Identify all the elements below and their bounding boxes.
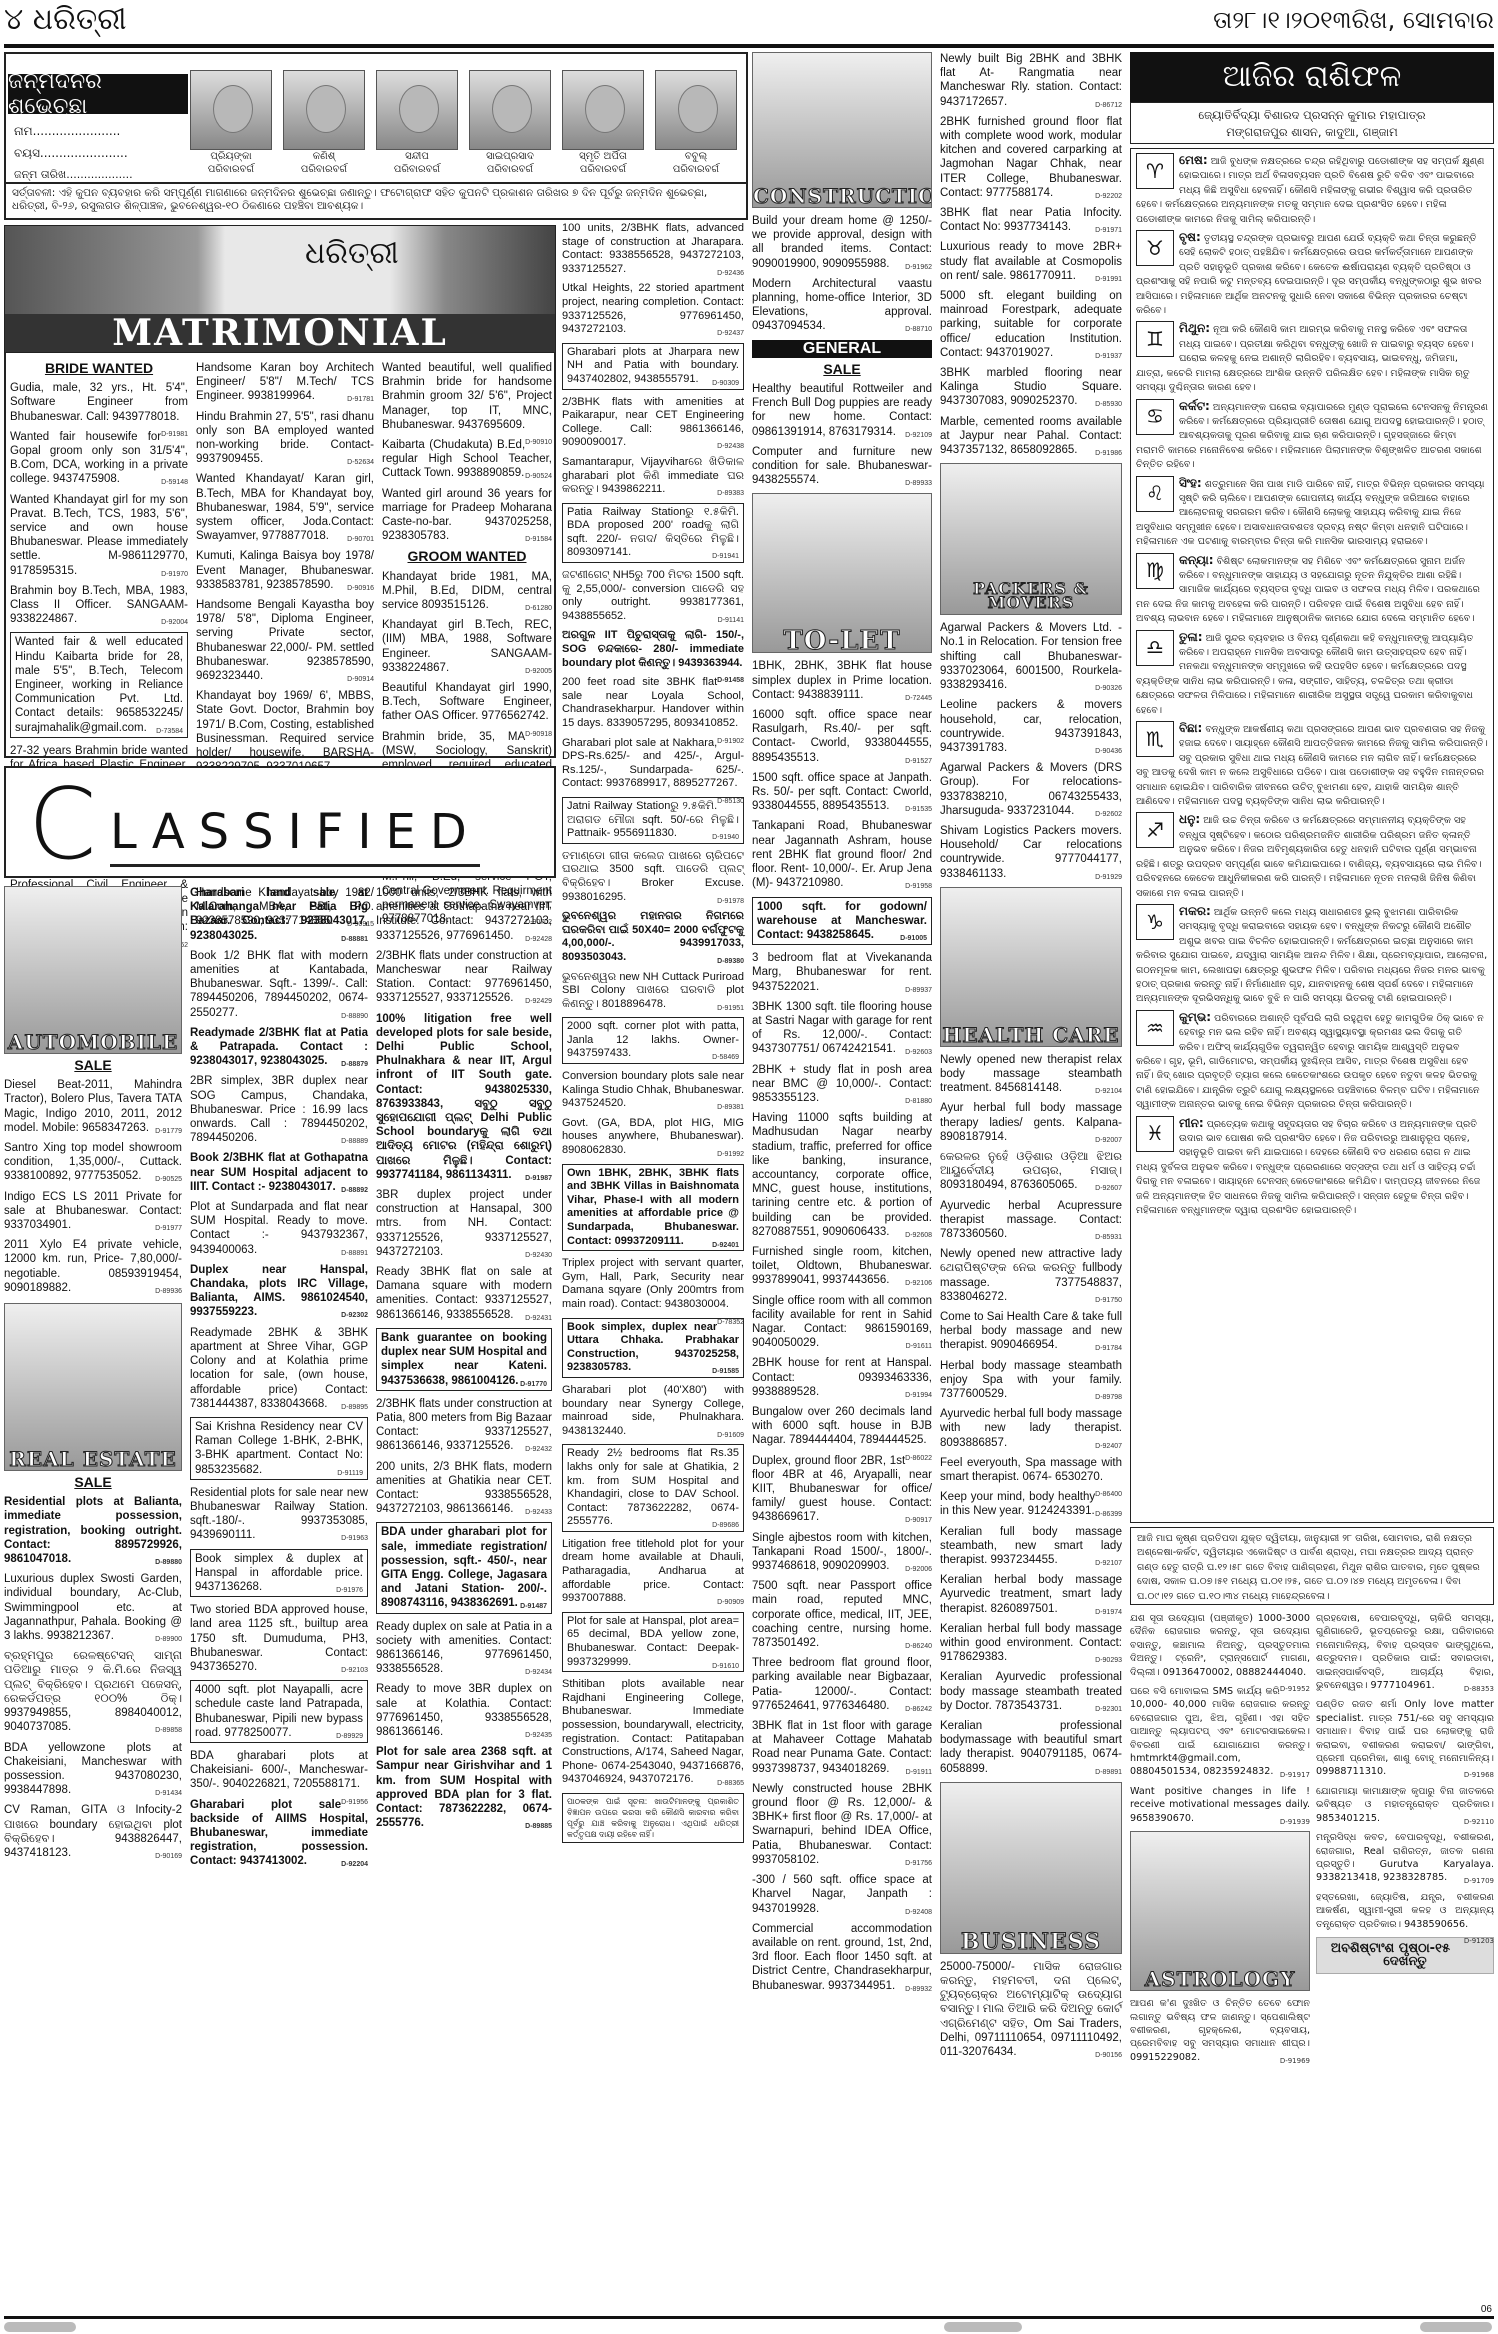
classified-ad: 3 bedroom flat at Vivekananda Marg, Bhub…: [752, 951, 932, 994]
classified-ad: Feel everyouth, Spa massage with smart t…: [940, 1456, 1122, 1484]
ad-code: D-92301: [1095, 1703, 1122, 1717]
ad-code: D-92401: [712, 1239, 739, 1253]
classified-ad: Santro Xing top model showroom condition…: [4, 1141, 182, 1184]
classified-ad: Leoline packers & movers household, car,…: [940, 698, 1122, 755]
birthday-title: ଜନ୍ମଦିନର ଶୁଭେଚ୍ଛା: [8, 74, 188, 114]
ad-code: D-92103: [341, 1664, 368, 1678]
classified-ad: 3BHK 1300 sqft. tile flooring house at S…: [752, 1000, 932, 1057]
packers-label: PACKERS & MOVERS: [941, 582, 1121, 610]
ad-code: D-89895: [341, 1401, 368, 1415]
classified-ad: Wanted Khandayat girl for my son Pravat.…: [10, 493, 188, 578]
ad-code: D-86400: [1095, 1488, 1122, 1502]
ad-code: D-91929: [1095, 871, 1122, 885]
ad-code: D-91969: [1280, 2055, 1310, 2068]
ad-text: Bungalow over 260 decimals land with 600…: [752, 1406, 932, 1446]
ad-code: D-92202: [1095, 190, 1122, 204]
child-photo: [190, 70, 272, 150]
ad-code: D-90524: [525, 470, 552, 484]
ad-text: BDA under gharabari plot for sale, immed…: [381, 1526, 547, 1609]
ad-code: D-92438: [717, 440, 744, 454]
ad-code: D-91987: [525, 1172, 552, 1186]
classified-col-1: AUTOMOBILE SALE Diesel Beat-2011, Mahind…: [4, 886, 182, 1866]
packers-movers-image: PACKERS & MOVERS: [940, 463, 1122, 615]
ad-code: D-92007: [1095, 1134, 1122, 1148]
ad-code: D-91956: [341, 1796, 368, 1810]
ad-code: D-92109: [905, 429, 932, 443]
ad-text: Wanted Khandayat/ Karan girl, B.Tech, MB…: [196, 473, 374, 542]
ad-code: D-92434: [525, 1666, 552, 1680]
sign-name: ବୃଷ:: [1179, 230, 1201, 244]
classified-ad: Utkal Heights, 22 storied apartment proj…: [562, 282, 744, 336]
ad-code: D-92429: [525, 995, 552, 1009]
classified-ad: 200 feet road site 3BHK flat sale near L…: [562, 676, 744, 730]
classified-ad: 2000 sqft. corner plot with patta, Janla…: [562, 1017, 744, 1064]
matrimonial-section: BRIDE WANTED Gudia, male, 32 yrs., Ht. 5…: [4, 353, 556, 758]
sign-name: ମକର:: [1179, 904, 1211, 918]
rashi-sign: ♑ମକର: ଆର୍ଥିକ ଉନ୍ନତି କଲେ ମଧ୍ୟ ସାଧାରଣତଃ ଭୁ…: [1136, 904, 1488, 1007]
ad-code: D-90918: [525, 728, 552, 742]
birthday-photos: ପ୍ରିୟଙ୍କାପରିବାରବର୍ଗ କଣିଶ୍ପରିବାରବର୍ଗ ସନ୍ଦ…: [190, 70, 737, 176]
ad-code: D-92407: [1095, 1440, 1122, 1454]
sign-prediction: ପରିବାରରେ ଅଶାନ୍ତି ପୂର୍ବପରି ଲାଗି ରହୁଥିବା ହ…: [1136, 1013, 1484, 1110]
ad-code: D-91911: [906, 1766, 932, 1780]
classified-ad: Wanted fair & well educated Hindu Kaibar…: [10, 632, 188, 737]
col-6-ads: Newly built Big 2BHK and 3BHK flat At- R…: [940, 52, 1122, 2065]
classified-ad: Kumuti, Kalinga Baisya boy 1978/ Event M…: [196, 549, 374, 592]
rashi-sign: ♎ତୁଳା: ଆଜି ସୁନ୍ଦର ବ୍ୟବହାର ଓ ବିନୟ ପୂର୍ଣ୍ଣ…: [1136, 630, 1488, 718]
bull-icon: ♉: [1136, 230, 1174, 266]
classified-ad: -300 / 560 sqft. office space at Kharvel…: [752, 1873, 932, 1916]
sign-name: ଧନୁ:: [1179, 812, 1200, 826]
ad-code: D-92607: [1095, 1182, 1122, 1196]
ad-code: D-86399: [1095, 1508, 1122, 1522]
classified-ad: Gharabari plot (40'X80') with boundary n…: [562, 1384, 744, 1438]
classified-ad: ଗ୍ରହଦୋଷ, ବେପାରବୃଦ୍ଧି, ଚାକିରି ସମସ୍ୟା, ଗୁଣ…: [1316, 1612, 1494, 1692]
classified-ad: Agarwal Packers & Movers Ltd. - No.1 in …: [940, 621, 1122, 692]
classified-ad: ଆପଣ କ'ଣ ଦୁଃଖିତ ଓ ଚିନ୍ତିତ ତେବେ ଫୋନ ଲଗାନ୍ତ…: [1130, 1997, 1310, 2064]
ad-text: Own 1BHK, 2BHK, 3BHK flats and 3BHK Vill…: [567, 1167, 739, 1247]
classified-ad: Book 2/3BHK flat at Gothapatna near SUM …: [190, 1151, 368, 1194]
real-estate-sale-heading: SALE: [4, 1475, 182, 1489]
ad-code: D-92603: [905, 1046, 932, 1060]
classified-col-3: 1000 units, 2/3BHK flats, with amenities…: [376, 886, 552, 1836]
classified-underline: [110, 864, 480, 867]
ad-text: Readymade 2BHK & 3BHK apartment at Shree…: [190, 1327, 368, 1410]
ad-code: D-91962: [905, 261, 932, 275]
classified-ad: Newly opened new therapist relax body ma…: [940, 1053, 1122, 1096]
ad-code: D-89891: [1095, 1766, 1122, 1780]
classified-ad: Ready 3BHK flat on sale at Damana square…: [376, 1265, 552, 1322]
ad-text: 3BR duplex project under construction at…: [376, 1189, 552, 1258]
classified-ad: Come to Sai Health Care & take full herb…: [940, 1310, 1122, 1353]
classified-ad: Indigo ECS LS 2011 Private for sale at B…: [4, 1190, 182, 1233]
ad-text: Agarwal Packers & Movers Ltd. - No.1 in …: [940, 622, 1122, 691]
ad-text: ଯଶ ସୂତା ଉଦ୍ୟୋଗ (ପଞ୍ଜୀକୃତ) 1000-3000 ଦୈନି…: [1130, 1613, 1310, 1678]
ad-text: ଅରଗୁଳ IIT ପିଚୁରାସ୍ତାକୁ ଲାଗି- 150/-, SOG …: [562, 629, 744, 668]
classified-ad: Jatni Railway Stationରୁ ୨.୫କିମି. ଅରାଗଡ ମ…: [562, 797, 744, 844]
scales-icon: ♎: [1136, 630, 1174, 666]
classified-ad: 4000 sqft. plot Nayapalli, acre schedule…: [190, 1680, 368, 1743]
ad-code: D-92432: [525, 1443, 552, 1457]
photo-family: ପରିବାରବର୍ଗ: [469, 163, 551, 176]
birthday-photo: ପ୍ରିୟଙ୍କାପରିବାରବର୍ଗ: [190, 70, 272, 176]
ad-code: D-88710: [905, 323, 932, 337]
rashi-sign: ♒କୁମ୍ଭ: ପରିବାରରେ ଅଶାନ୍ତି ପୂର୍ବପରି ଲାଗି ର…: [1136, 1010, 1488, 1113]
ad-code: D-92608: [905, 1229, 932, 1243]
ad-code: D-91005: [900, 932, 927, 946]
ad-text: 2BHK furnished ground floor flat with co…: [940, 116, 1122, 199]
ad-text: Having 11000 sqfts building at Madhusuda…: [752, 1112, 932, 1238]
classified-ad: 100% litigation free well developed plot…: [376, 1012, 552, 1182]
goat-icon: ♑: [1136, 904, 1174, 940]
classified-ad: Gharabari plots at Jharpara new NH and P…: [562, 343, 744, 390]
classified-ad: Ready to move 3BR duplex on sale at Kola…: [376, 1682, 552, 1739]
ad-text: Luxurious duplex Swosti Garden, individu…: [4, 1573, 182, 1642]
sign-prediction: ଆଜି ଉଚ୍ଚ ଚିନ୍ତା କରିବେ ଓ କର୍ମକ୍ଷେତ୍ରରେ ସମ…: [1136, 815, 1482, 898]
sign-name: ମେଷ:: [1179, 153, 1208, 167]
classified-ad: 2/3BHK flats with amenities at Paikarapu…: [562, 396, 744, 450]
footer-pill: [1420, 2322, 1492, 2332]
ad-text: Triplex project with servant quarter, Gy…: [562, 1257, 744, 1310]
ad-code: D-81880: [905, 1095, 932, 1109]
photo-family: ପରିବାରବର୍ଗ: [190, 163, 272, 176]
ad-code: D-91978: [717, 895, 744, 909]
classified-ad: Ready 2½ bedrooms flat Rs.35 lakhs only …: [562, 1444, 744, 1532]
photo-name: କଣିଶ୍: [283, 150, 365, 163]
automobile-label: AUTOMOBILE: [5, 1035, 181, 1049]
ad-code: D-90525: [155, 1173, 182, 1187]
ad-code: D-92433: [525, 1506, 552, 1520]
classified-ad: ଯଶ ସୂତା ଉଦ୍ୟୋଗ (ପଞ୍ଜୀକୃତ) 1000-3000 ଦୈନି…: [1130, 1612, 1310, 1679]
classified-ad: Computer and furniture new condition for…: [752, 445, 932, 488]
classified-ad: 2BHK furnished ground floor flat with co…: [940, 115, 1122, 200]
classified-ad: Commercial accommodation available on re…: [752, 1922, 932, 1993]
ad-code: D-91937: [1095, 350, 1122, 364]
classified-ad: Marble, cemented rooms available at Jayp…: [940, 415, 1122, 458]
classified-ad: Wanted Khandayat/ Karan girl, B.Tech, MB…: [196, 472, 374, 543]
classified-ad: 2BHK house for rent at Hanspal. Contact:…: [752, 1356, 932, 1399]
ad-text: Gudia, male, 32 yrs., Ht. 5'4", Software…: [10, 382, 188, 422]
ad-code: D-89936: [155, 1285, 182, 1299]
classified-ad: Book simplex & duplex at Hanspal in affo…: [190, 1549, 368, 1598]
ad-code: D-92435: [525, 1729, 552, 1743]
ad-code: D-85930: [1095, 398, 1122, 412]
classified-ad: Herbal body massage steambath enjoy Spa …: [940, 1359, 1122, 1402]
ad-code: D-89933: [905, 477, 932, 491]
ad-code: D-91958: [905, 880, 932, 894]
astrology-label: ASTROLOGY: [1131, 1973, 1309, 1986]
classified-ad: Want positive changes in life ! receive …: [1130, 1785, 1310, 1825]
ad-code: D-92204: [341, 1858, 368, 1872]
ad-code: D-89686: [712, 1519, 739, 1533]
photo-name: ସନ୍ଦୀପ: [376, 150, 458, 163]
real-estate-image: REAL ESTATE: [4, 1303, 182, 1471]
photo-family: ପରିବାରବର୍ଗ: [562, 163, 644, 176]
ad-code: D-92110: [1464, 1816, 1494, 1829]
ad-code: D-89858: [155, 1724, 182, 1738]
ad-code: D-91940: [712, 831, 739, 845]
ad-text: 25000-75000/- ମାସିକ ରୋଜଗାର କରନ୍ତୁ, ମହମବତ…: [940, 1961, 1122, 2058]
classified-ad: ହସ୍ତରେଖା, ଜ୍ୟୋତିଷ, ଯନ୍ତ୍ର, ବଶୀକରଣ ଆକର୍ଷଣ…: [1316, 1891, 1494, 1931]
ad-code: D-89798: [1095, 1391, 1122, 1405]
dob-field[interactable]: ଜନ୍ମ ତାରିଖ...................: [14, 168, 133, 182]
classified-ad: Ready duplex on sale at Patia in a socie…: [376, 1620, 552, 1677]
ad-code: D-91951: [717, 1002, 744, 1016]
business-image: BUSINESS: [940, 1782, 1122, 1954]
classified-ad: Samantarapur, Vijayviharରେ ଖିଡିକାଳ ghara…: [562, 456, 744, 497]
ad-code: D-92104: [1095, 1085, 1122, 1099]
photo-name: ସ୍ମୃତି ଅର୍ପିତା: [562, 150, 644, 163]
lion-icon: ♌: [1136, 476, 1174, 512]
classified-ad: Handsome Karan boy Architech Engineer/ 5…: [196, 361, 374, 404]
ad-code: D-91770: [520, 1378, 547, 1392]
classified-big-c: C: [28, 768, 96, 882]
classified-ad: Build your dream home @ 1250/- we provid…: [752, 214, 932, 271]
sign-name: ବିଛା:: [1179, 721, 1202, 735]
page-title: ୪ ଧରିତ୍ରୀ: [4, 2, 127, 37]
sign-prediction: ଆର୍ଥିକ ଉନ୍ନତି କଲେ ମଧ୍ୟ ସାଧାରଣତଃ ଭୁଲ୍ ବୁଝ…: [1136, 907, 1487, 1004]
construction-image: CONSTRUCTION: [752, 52, 932, 208]
ad-code: D-92437: [717, 327, 744, 341]
health-care-label: HEALTH CARE: [941, 1028, 1121, 1042]
ad-code: D-92430: [525, 1249, 552, 1263]
col-4-ads: 100 units, 2/3BHK flats, advanced stage …: [562, 222, 744, 1849]
ad-code: D-86022: [905, 1452, 932, 1466]
classified-ad: Hindu Brahmin 27, 5'5", rasi dhanu only …: [196, 410, 374, 467]
footer-pill: [4, 2322, 76, 2332]
ad-code: D-90436: [1095, 745, 1122, 759]
ad-code: D-91458: [717, 674, 744, 688]
classified-ad: Agarwal Packers & Movers (DRS Group). Fo…: [940, 761, 1122, 818]
ad-text: ଗ୍ରହଦୋଷ, ବେପାରବୃଦ୍ଧି, ଚାକିରି ସମସ୍ୟା, ଗୁଣ…: [1316, 1613, 1494, 1691]
ad-code: D-88892: [341, 1184, 368, 1198]
ad-code: D-91991: [1095, 273, 1122, 287]
classified-ad: ଘରେ ବସି ମୋବାଇଲ SMS କାର୍ଯ୍ୟ କରି 10,000- 4…: [1130, 1685, 1310, 1779]
classified-ad: Keralian herbal body massage Ayurvedic t…: [940, 1573, 1122, 1616]
col-5-ads: CONSTRUCTION Build your dream home @ 125…: [752, 52, 932, 1999]
classified-ad: 2BHK + study flat in posh area near BMC …: [752, 1063, 932, 1106]
classified-ad: Furnished single room, kitchen, toilet, …: [752, 1245, 932, 1288]
classified-ad: Keralian herbal full body massage within…: [940, 1622, 1122, 1665]
ad-code: D-91963: [341, 1532, 368, 1546]
classified-ad: BDA yellowzone plots at Chakeisiani, Man…: [4, 1741, 182, 1798]
ad-text: Plot for sale area 2368 sqft. at Sampur …: [376, 1746, 552, 1829]
ad-text: Sthitiban plots available near Rajdhani …: [562, 1678, 744, 1785]
name-field[interactable]: ନାମ.......................: [14, 124, 120, 139]
ad-code: D-92006: [905, 1563, 932, 1577]
ad-text: ବ୍ରହ୍ମପୁର ରେଳଷ୍ଟେସନ୍ ସାମ୍ନା ପଡିଆରୁ ମାତ୍ର…: [4, 1650, 182, 1733]
classified-ad: Readymade 2/3BHK flat at Patia & Patrapa…: [190, 1026, 368, 1069]
groom-wanted-heading: GROOM WANTED: [382, 549, 552, 563]
classified-ad: Bungalow over 260 decimals land with 600…: [752, 1405, 932, 1448]
ad-code: D-90910: [525, 436, 552, 450]
classified-word: LASSIFIED: [110, 804, 481, 860]
classified-ad: Luxurious ready to move 2BR+ study flat …: [940, 240, 1122, 283]
classified-ad: Ayurvedic herbal full body massage with …: [940, 1407, 1122, 1450]
ad-code: D-92428: [525, 933, 552, 947]
ad-code: D-88890: [341, 1010, 368, 1024]
sign-name: କର୍କଟ:: [1179, 399, 1210, 413]
ad-text: 2BR simplex, 3BR duplex near SOG Campus,…: [190, 1075, 368, 1144]
footer-rule: [4, 2316, 1494, 2319]
page-number: 06: [1481, 2304, 1492, 2315]
ad-code: D-88881: [341, 933, 368, 947]
ad-code: D-88353: [1464, 1683, 1494, 1696]
ad-code: D-58469: [712, 1051, 739, 1065]
classified-ad: Healthy beautiful Rottweiler and French …: [752, 382, 932, 439]
photo-name: ବବୁଲ୍: [655, 150, 737, 163]
ad-code: D-91203: [1464, 1935, 1494, 1948]
rashi-sign: ♋କର୍କଟ: ଅନ୍ୟମାନଙ୍କ ଘରୋଇ ବ୍ୟାପାରରେ ମୁଣ୍ଡ …: [1136, 399, 1488, 473]
classified-ad: Modern Architectural vaastu planning, ho…: [752, 277, 932, 334]
classified-ad: 16000 sqft. office space near Rasulgarh,…: [752, 708, 932, 765]
ad-text: 7500 sqft. near Passport office main roa…: [752, 1580, 932, 1649]
classified-ad: Two storied BDA approved house, land are…: [190, 1603, 368, 1674]
ad-code: D-59148: [161, 476, 188, 490]
rashi-sign: ♊ମିଥୁନ: ନୂଆ କରି କୌଣସି କାମ ଆରମ୍ଭ କରିବାକୁ …: [1136, 321, 1488, 395]
panji-box: ଆଜି ମାଘ କୃଷ୍ଣ ପ୍ରତିପଦା ଯୁକ୍ତ ଦ୍ୱିତୀୟା, ଜ…: [1130, 1527, 1494, 1605]
child-photo: [283, 70, 365, 150]
bride-wanted-heading: BRIDE WANTED: [10, 361, 188, 375]
classified-ad: Conversion boundary plots sale near Kali…: [562, 1070, 744, 1111]
classified-ad: 2011 Xylo E4 private vehicle, 12000 km. …: [4, 1238, 182, 1295]
ad-text: Commercial accommodation available on re…: [752, 1923, 932, 1992]
classified-ad: ଯୋଗମାୟା କାମାକ୍ଷାଙ୍କ କୃପାରୁ ବିନା ଜାତକରେ ଭ…: [1316, 1785, 1494, 1825]
ad-code: D-91584: [525, 533, 552, 547]
classified-ad: Keralian Ayurvedic professional body mas…: [940, 1670, 1122, 1713]
ad-code: D-90156: [1095, 2049, 1122, 2063]
birthday-terms: ସର୍ତ୍ତାବଳୀ: ଏହି କୁପନ ବ୍ୟବହାର କରି ସମ୍ପୂର୍…: [6, 182, 746, 216]
rashi-sign: ♉ବୃଷ: ତୃତୀୟସ୍ଥ ଚନ୍ଦ୍ରଙ୍କ ପ୍ରଭାବରୁ ଆପଣ ଯେ…: [1136, 230, 1488, 318]
classified-ad: Khandayat girl B.Tech, REC, (IIM) MBA, 1…: [382, 618, 552, 675]
ad-code: D-92302: [341, 1309, 368, 1323]
classified-ad: 2/3BHK flats under construction at Manch…: [376, 949, 552, 1006]
automobile-sale-heading: SALE: [4, 1058, 182, 1072]
astro-col-2: ଗ୍ରହଦୋଷ, ବେପାରବୃଦ୍ଧି, ଚାକିରି ସମସ୍ୟା, ଗୁଣ…: [1316, 1612, 1494, 1974]
ad-code: D-92107: [1095, 1557, 1122, 1571]
ad-code: D-73584: [156, 725, 183, 739]
ad-code: D-92106: [905, 1277, 932, 1291]
general-sale-heading: SALE: [752, 362, 932, 376]
classified-ad: Gudia, male, 32 yrs., Ht. 5'4", Software…: [10, 381, 188, 424]
sign-name: ମୀନ:: [1179, 1116, 1204, 1130]
ad-code: D-91750: [1095, 1294, 1122, 1308]
classified-ad: Plot at Sundarpada and flat near SUM Hos…: [190, 1200, 368, 1257]
ad-code: D-91992: [717, 1148, 744, 1162]
ad-code: D-91434: [155, 1787, 182, 1801]
classified-ad: Newly built Big 2BHK and 3BHK flat At- R…: [940, 52, 1122, 109]
classified-ad: Luxurious duplex Swosti Garden, individu…: [4, 1572, 182, 1643]
ad-code: D-90917: [905, 1514, 932, 1528]
classified-ad: Bank guarantee on booking duplex near SU…: [376, 1328, 552, 1391]
ad-code: D-89880: [155, 1556, 182, 1570]
classified-ad: Duplex, ground floor 2BR, 1st floor 4BR …: [752, 1454, 932, 1525]
rashifal-body: ♈ମେଷ: ଆଜି ବୁଧଙ୍କ ନକ୍ଷତ୍ରରେ ଚନ୍ଦ୍ର ରହିଥିବ…: [1130, 148, 1494, 1523]
ad-text: Litigation free titlehold plot for your …: [562, 1538, 744, 1604]
birthday-photo: ବବୁଲ୍ପରିବାରବର୍ଗ: [655, 70, 737, 176]
classified-ad: Patia Railway Stationରୁ ୧.୫କିମି. BDA pro…: [562, 503, 744, 563]
classified-ad: Residential plots for sale near new Bhub…: [190, 1486, 368, 1543]
rashi-sign: ♏ବିଛା: ବନ୍ଧୁଙ୍କ ଆକର୍ଷଣୀୟ କଥା ପ୍ରସଙ୍ଗରେ ଆ…: [1136, 721, 1488, 809]
ad-code: D-91610: [712, 1660, 739, 1674]
ad-text: ପାଠକଙ୍କ ପାଇଁ ସୂଚନା: ଖାଉଟିମାନଙ୍କୁ ପ୍ରକାଶି…: [567, 1797, 739, 1839]
ad-text: 5000 sft. elegant building on mainroad F…: [940, 290, 1122, 359]
ad-code: D-92005: [525, 665, 552, 679]
ad-code: D-91527: [905, 755, 932, 769]
classified-ad: Brahmin boy B.Tech, MBA, 1983, Class II …: [10, 584, 188, 627]
ad-code: D-91709: [1464, 1875, 1494, 1888]
ad-code: D-92004: [161, 616, 188, 630]
classified-ad: 1000 units, 2/3BHK flats, with amenities…: [376, 886, 552, 943]
ad-code: D-88879: [341, 1058, 368, 1072]
ad-text: Ready 2½ bedrooms flat Rs.35 lakhs only …: [567, 1447, 739, 1527]
astrology-image: ASTROLOGY: [1130, 1831, 1310, 1991]
classified-ad: Own 1BHK, 2BHK, 3BHK flats and 3BHK Vill…: [562, 1164, 744, 1252]
birthday-photo: ସନ୍ଦୀପପରିବାରବର୍ଗ: [376, 70, 458, 176]
classified-ad: Ayur herbal full body massage therapy la…: [940, 1101, 1122, 1144]
ad-text: ହସ୍ତରେଖା, ଜ୍ୟୋତିଷ, ଯନ୍ତ୍ର, ବଶୀକରଣ ଆକର୍ଷଣ…: [1316, 1892, 1494, 1930]
ad-text: BDA gharabari plots at Chakeisiani- 600/…: [190, 1750, 368, 1790]
ad-code: D-91941: [712, 550, 739, 564]
matrimonial-banner: ଧରିତ୍ରୀ MATRIMONIAL: [4, 225, 556, 353]
ad-text: ଆପଣ କ'ଣ ଦୁଃଖିତ ଓ ଚିନ୍ତିତ ତେବେ ଫୋନ ଲଗାନ୍ତ…: [1130, 1998, 1310, 2063]
ad-code: D-91141: [718, 614, 744, 628]
photo-name: ପ୍ରିୟଙ୍କା: [190, 150, 272, 163]
ad-code: D-89380: [717, 955, 744, 969]
classified-ad: Govt. (GA, BDA, plot HIG, MIG houses any…: [562, 1117, 744, 1158]
header-rule: [4, 44, 1494, 48]
rashi-sign: ♓ମୀନ: ପ୍ରତ୍ୟେକ କଥାକୁ ସହୃଦୟତାର ସହ ବିଚାର କ…: [1136, 1116, 1488, 1219]
ad-code: D-88889: [341, 1135, 368, 1149]
photo-name: ସାଇପ୍ରସାଦ: [469, 150, 551, 163]
classified-ad: Plot for sale area 2368 sqft. at Sampur …: [376, 1745, 552, 1830]
ad-code: D-86712: [1095, 99, 1122, 113]
ad-code: D-91968: [1464, 1769, 1494, 1782]
sign-prediction: ପ୍ରତ୍ୟେକ କଥାକୁ ସହୃଦୟତାର ସହ ବିଚାର କରିବେ ଓ…: [1136, 1119, 1480, 1216]
ad-text: Beautiful Khandayat girl 1990, B.Tech, S…: [382, 682, 552, 722]
sign-name: କୁମ୍ଭ:: [1179, 1010, 1211, 1024]
ad-code: D-91611: [906, 1340, 932, 1354]
ad-text: Two storied BDA approved house, land are…: [190, 1604, 368, 1673]
classified-ad: 5000 sft. elegant building on mainroad F…: [940, 289, 1122, 360]
classified-ad: BDA gharabari plots at Chakeisiani- 600/…: [190, 1749, 368, 1792]
rashi-sign: ♈ମେଷ: ଆଜି ବୁଧଙ୍କ ନକ୍ଷତ୍ରରେ ଚନ୍ଦ୍ର ରହିଥିବ…: [1136, 153, 1488, 227]
sign-prediction: ବନ୍ଧୁଙ୍କ ଆକର୍ଷଣୀୟ କଥା ପ୍ରସଙ୍ଗରେ ଆପଣ ଭାବ …: [1136, 724, 1488, 807]
ad-code: D-88891: [341, 1247, 368, 1261]
ad-code: D-91952: [1280, 1683, 1310, 1696]
ad-code: D-91535: [905, 803, 932, 817]
ad-code: D-86240: [905, 1640, 932, 1654]
sign-prediction: ତୃତୀୟସ୍ଥ ଚନ୍ଦ୍ରଙ୍କ ପ୍ରଭାବରୁ ଆପଣ ଯେଉଁ ବ୍ୟ…: [1136, 233, 1482, 316]
water-bearer-icon: ♒: [1136, 1010, 1174, 1046]
ad-code: D-92408: [905, 1906, 932, 1920]
ram-icon: ♈: [1136, 153, 1174, 189]
child-photo: [562, 70, 644, 150]
classified-ad: 1000 sqft. for godown/ warehouse at Manc…: [752, 897, 932, 946]
child-photo: [655, 70, 737, 150]
classified-ad: 3BHK flat near Patia Infocity. Contact N…: [940, 206, 1122, 234]
ad-code: D-92602: [1095, 808, 1122, 822]
classified-ad: 3BHK flat in 1st floor with garage at Ma…: [752, 1719, 932, 1776]
ad-code: D-90326: [1095, 682, 1122, 696]
sign-prediction: ଆଜି ସୁନ୍ଦର ବ୍ୟବହାର ଓ ବିନୟ ପୂର୍ଣ୍ଣକଥା କହି…: [1136, 633, 1473, 716]
classified-ad: CV Raman, GITA ଓ Infocity-2 ପାଖରେ bounda…: [4, 1803, 182, 1860]
twins-icon: ♊: [1136, 321, 1174, 357]
classified-ad: Book simplex, duplex near Uttara Chhaka.…: [562, 1318, 744, 1378]
sign-name: ସିଂହ:: [1179, 476, 1202, 490]
child-photo: [376, 70, 458, 150]
age-field[interactable]: ବୟସ.......................: [14, 146, 128, 161]
